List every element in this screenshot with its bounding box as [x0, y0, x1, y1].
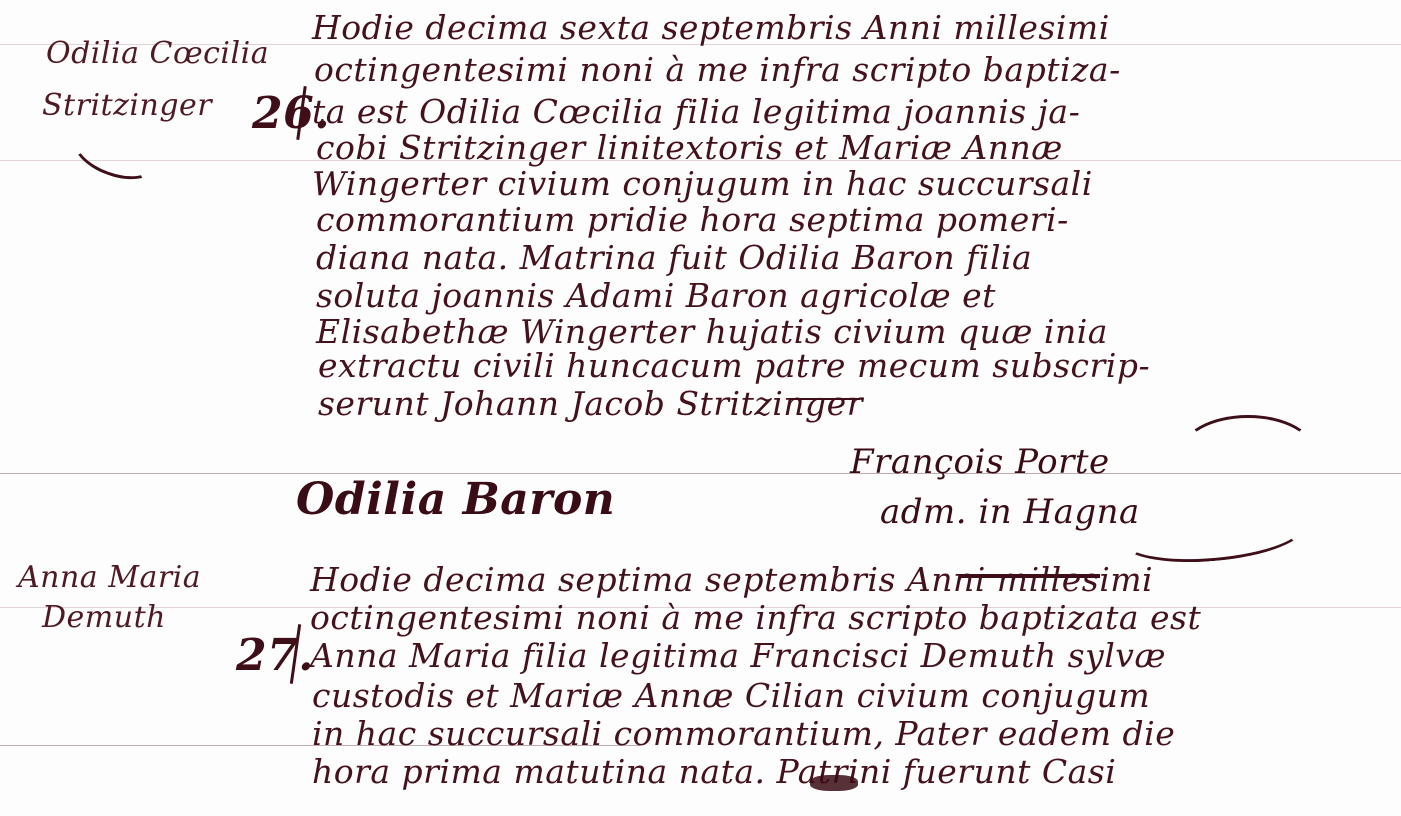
- entry-line: in hac succursali commorantium, Pater ea…: [312, 714, 1175, 753]
- entry-line: serunt Johann Jacob Stritzinger: [318, 384, 863, 423]
- entry-line: Hodie decima septima septembris Anni mil…: [310, 560, 1153, 599]
- entry-line: Hodie decima sexta septembris Anni mille…: [312, 8, 1110, 47]
- entry-line: commorantium pridie hora septima pomeri-: [316, 200, 1069, 239]
- ink-blot: [810, 775, 858, 791]
- strike-dash: [960, 574, 1100, 578]
- line-end-dash: [790, 398, 860, 400]
- signature-godmother: Odilia Baron: [296, 474, 615, 525]
- entry-line: Wingerter civium conjugum in hac succurs…: [312, 164, 1093, 203]
- signature-priest-title: adm. in Hagna: [880, 492, 1140, 532]
- entry-line: soluta joannis Adami Baron agricolæ et: [316, 276, 996, 315]
- entry-line: cobi Stritzinger linitextoris et Mariæ A…: [316, 128, 1063, 167]
- entry-number: 27.: [236, 630, 314, 681]
- entry-line: Anna Maria filia legitima Francisci Demu…: [310, 636, 1166, 675]
- entry-line: octingentesimi noni à me infra scripto b…: [310, 598, 1201, 637]
- margin-name-first: Anna Maria: [18, 560, 201, 595]
- entry-line: octingentesimi noni à me infra scripto b…: [314, 50, 1121, 89]
- signature-flourish: [1180, 415, 1316, 491]
- surname-flourish: [67, 117, 164, 190]
- entry-line: custodis et Mariæ Annæ Cilian civium con…: [312, 676, 1150, 715]
- entry-line: ta est Odilia Cœcilia filia legitima joa…: [312, 92, 1080, 131]
- signature-underline-flourish: [1118, 497, 1308, 569]
- margin-name-surname: Stritzinger: [42, 88, 212, 123]
- margin-name-first: Odilia Cœcilia: [46, 36, 269, 71]
- margin-name-surname: Demuth: [42, 600, 166, 635]
- entry-line: extractu civili huncacum patre mecum sub…: [318, 346, 1150, 385]
- entry-line: hora prima matutina nata. Patrini fuerun…: [312, 752, 1116, 791]
- entry-line: diana nata. Matrina fuit Odilia Baron fi…: [316, 238, 1032, 277]
- register-page: Odilia Cœcilia Stritzinger 26. Hodie dec…: [0, 0, 1401, 816]
- signature-priest-name: François Porte: [850, 442, 1110, 482]
